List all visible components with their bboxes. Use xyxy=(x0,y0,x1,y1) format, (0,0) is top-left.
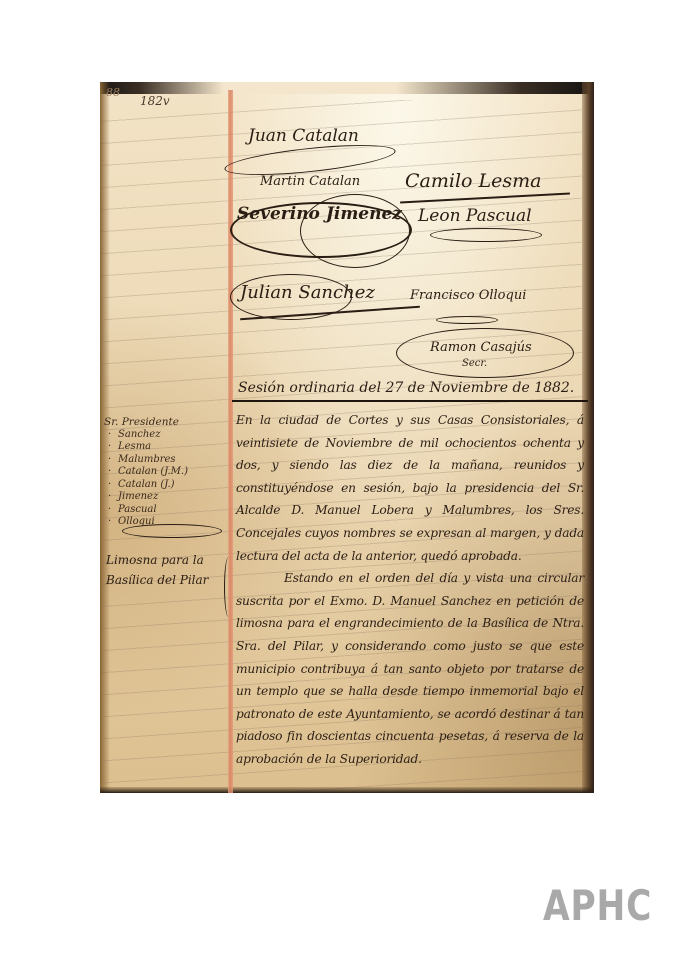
margin-note-line: Basílica del Pilar xyxy=(106,570,208,590)
margin-note-limosna: Limosna para la Basílica del Pilar xyxy=(106,550,208,590)
attendee: Catalan (J.M.) xyxy=(104,466,188,479)
margin-note-line: Limosna para la xyxy=(106,550,208,570)
signature-flourish xyxy=(300,194,410,268)
attendee: Malumbres xyxy=(104,454,188,467)
attendee: Catalan (J.) xyxy=(104,479,188,492)
attendee: Pascual xyxy=(104,504,188,517)
minutes-body: En la ciudad de Cortes y sus Casas Consi… xyxy=(236,409,584,771)
red-margin-rule xyxy=(228,90,233,793)
scan-top-edge xyxy=(100,82,594,94)
attendees-list: Sr. Presidente Sanchez Lesma Malumbres C… xyxy=(104,416,188,529)
signature-camilo-lesma: Camilo Lesma xyxy=(405,170,541,192)
attendee: Sanchez xyxy=(104,429,188,442)
minutes-paragraph: Estando en el orden del día y vista una … xyxy=(236,567,584,770)
attendees-heading: Sr. Presidente xyxy=(104,416,188,429)
attendee: Lesma xyxy=(104,441,188,454)
signature-martin-catalan: Martin Catalan xyxy=(260,174,360,189)
margin-brace xyxy=(224,557,233,617)
signature-francisco-olloqui: Francisco Olloqui xyxy=(410,288,526,303)
folio-number: 182v xyxy=(140,94,170,108)
minutes-paragraph: En la ciudad de Cortes y sus Casas Consi… xyxy=(236,409,584,567)
signature-flourish xyxy=(396,328,574,378)
signature-flourish xyxy=(430,228,542,242)
signature-leon-pascual: Leon Pascual xyxy=(418,206,532,226)
session-title-underline xyxy=(232,400,588,402)
margin-flourish xyxy=(122,524,222,538)
aphc-logo: APHC xyxy=(543,881,652,930)
attendee: Jimenez xyxy=(104,491,188,504)
session-title: Sesión ordinaria del 27 de Noviembre de … xyxy=(238,380,574,396)
document-scan: 88 182v Juan Catalan Martin Catalan Cami… xyxy=(100,82,594,793)
signature-juan-catalan: Juan Catalan xyxy=(248,126,359,146)
signature-flourish xyxy=(436,316,498,324)
archive-ref-code: 88 xyxy=(106,86,120,99)
scan-bottom-edge xyxy=(100,787,594,793)
